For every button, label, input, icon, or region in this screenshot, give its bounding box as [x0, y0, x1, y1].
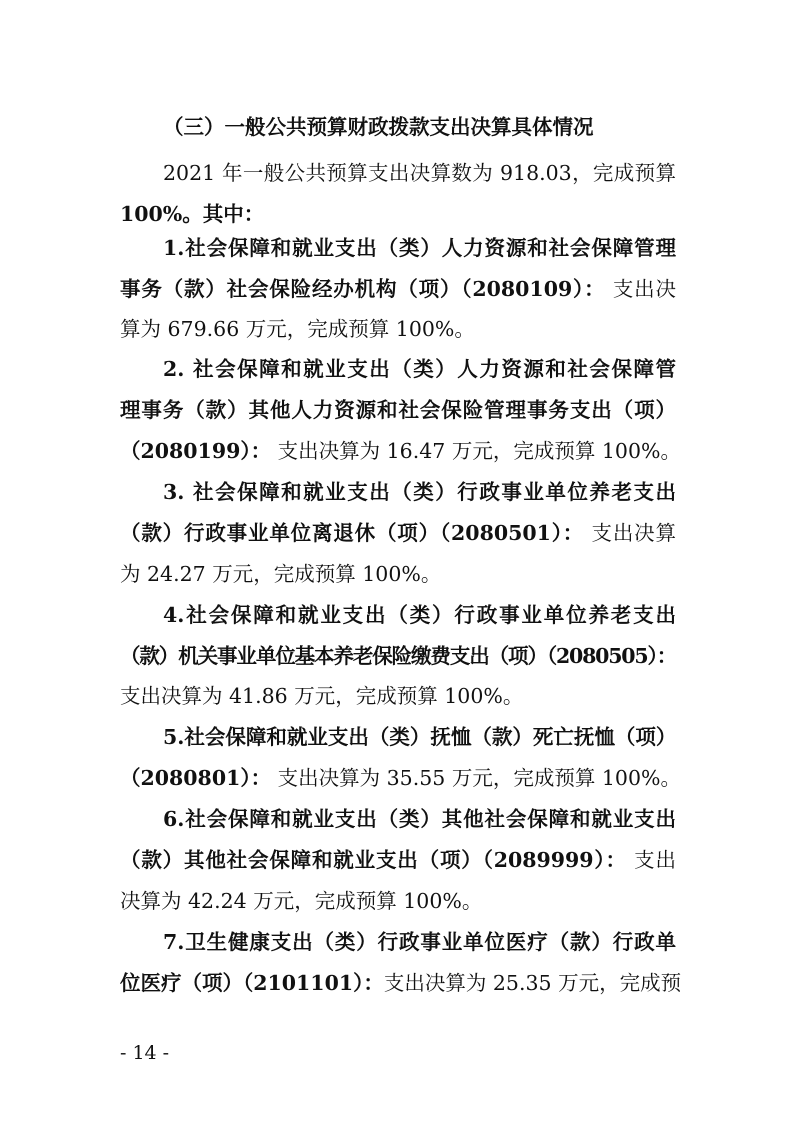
item-3-line-2: （款）行政事业单位离退休（项）（2080501）： 支出决算 [120, 519, 676, 547]
item-3-line-3: 为 24.27 万元，完成预算 100%。 [120, 560, 676, 588]
item-6-line-2: （款）其他社会保障和就业支出（项）（2089999）： 支出 [120, 846, 676, 874]
item-6-line-1: 6.社会保障和就业支出（类）其他社会保障和就业支出 [163, 805, 676, 833]
page-number: - 14 - [120, 1040, 169, 1066]
document-page: （三）一般公共预算财政拨款支出决算具体情况 2021 年一般公共预算支出决算数为… [0, 0, 794, 1122]
item-2-line-1: 2. 社会保障和就业支出（类）人力资源和社会保障管 [163, 355, 676, 383]
item-3-line-1: 3. 社会保障和就业支出（类）行政事业单位养老支出 [163, 478, 676, 506]
summary-line-1: 2021 年一般公共预算支出决算数为 918.03，完成预算 [163, 159, 676, 187]
item-2-line-3: （2080199）： 支出决算为 16.47 万元，完成预算 100%。 [120, 437, 676, 465]
item-4-line-1: 4.社会保障和就业支出（类）行政事业单位养老支出 [163, 601, 676, 629]
item-5-line-1: 5.社会保障和就业支出（类）抚恤（款）死亡抚恤（项） [163, 723, 676, 751]
summary-line-2: 100%。其中： [120, 200, 676, 228]
item-6-line-3: 决算为 42.24 万元，完成预算 100%。 [120, 887, 676, 915]
section-heading: （三）一般公共预算财政拨款支出决算具体情况 [163, 113, 633, 141]
item-7-line-2: 位医疗（项）（2101101）：支出决算为 25.35 万元，完成预 [120, 969, 676, 997]
item-4-line-2: （款）机关事业单位基本养老保险缴费支出（项）（2080505）： [120, 642, 676, 670]
item-1-line-1: 1.社会保障和就业支出（类）人力资源和社会保障管理 [163, 234, 676, 262]
item-2-line-2: 理事务（款）其他人力资源和社会保险管理事务支出（项） [120, 396, 676, 424]
item-4-line-3: 支出决算为 41.86 万元，完成预算 100%。 [120, 682, 676, 710]
item-7-line-1: 7.卫生健康支出（类）行政事业单位医疗（款）行政单 [163, 928, 676, 956]
item-1-line-2: 事务（款）社会保险经办机构（项）（2080109）： 支出决 [120, 275, 676, 303]
item-5-line-2: （2080801）： 支出决算为 35.55 万元，完成预算 100%。 [120, 764, 676, 792]
item-1-line-3: 算为 679.66 万元，完成预算 100%。 [120, 315, 676, 343]
